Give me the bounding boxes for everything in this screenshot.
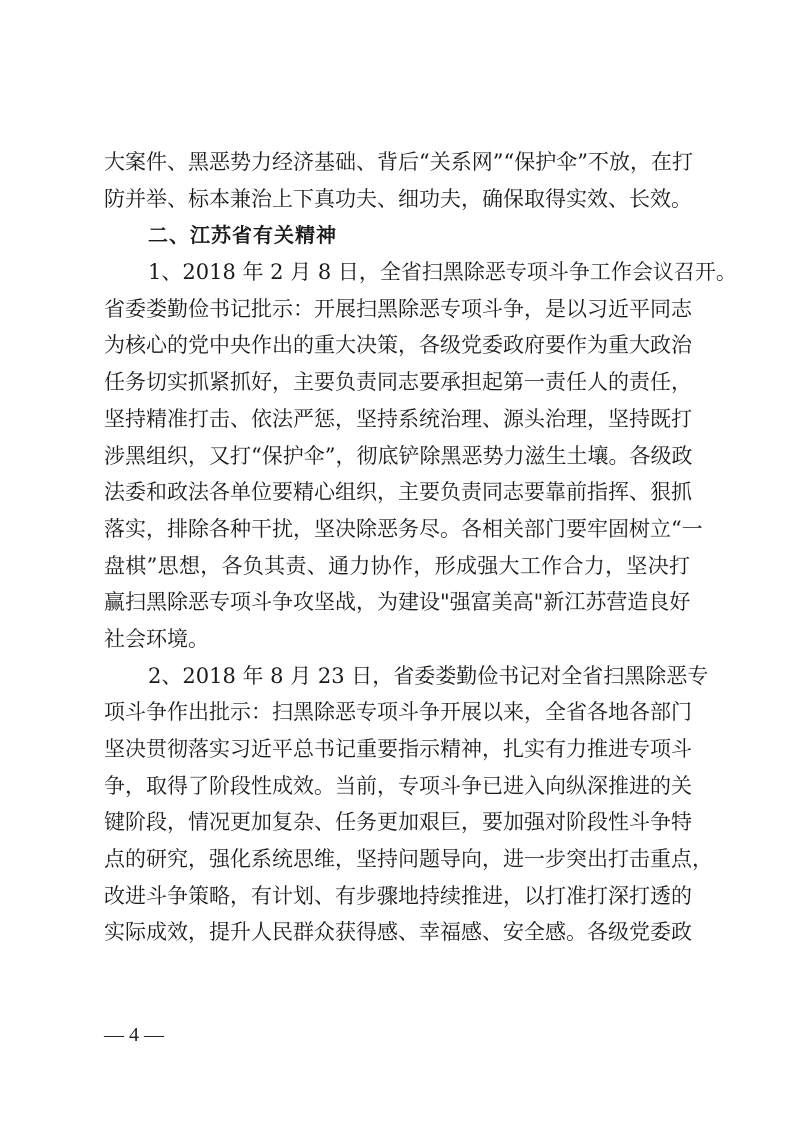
paragraph-line: 键阶段，情况更加复杂、任务更加艰巨，要加强对阶段性斗争特 [104, 804, 690, 841]
paragraph-line: 法委和政法各单位要精心组织，主要负责同志要靠前指挥、狠抓 [104, 474, 690, 511]
paragraph-line: 任务切实抓紧抓好，主要负责同志要承担起第一责任人的责任， [104, 364, 690, 401]
paragraph-line: 2、2018 年 8 月 23 日，省委娄勤俭书记对全省扫黑除恶专 [104, 658, 690, 695]
paragraph-line: 实际成效，提升人民群众获得感、幸福感、安全感。各级党委政 [104, 914, 690, 951]
paragraph-line: 落实，排除各种干扰，坚决除恶务尽。各相关部门要牢固树立“一 [104, 511, 690, 548]
paragraph-line: 点的研究，强化系统思维，坚持问题导向，进一步突出打击重点， [104, 841, 690, 878]
paragraph-line: 1、2018 年 2 月 8 日，全省扫黑除恶专项斗争工作会议召开。 [104, 254, 690, 291]
paragraph-line: 为核心的党中央作出的重大决策，各级党委政府要作为重大政治 [104, 327, 690, 364]
section-heading: 二、江苏省有关精神 [104, 217, 690, 254]
paragraph-line: 坚决贯彻落实习近平总书记重要指示精神，扎实有力推进专项斗 [104, 731, 690, 768]
paragraph-line: 争，取得了阶段性成效。当前，专项斗争已进入向纵深推进的关 [104, 768, 690, 805]
paragraph-line: 大案件、黑恶势力经济基础、背后“关系网”“保护伞”不放，在打 [104, 144, 690, 181]
paragraph-line: 涉黑组织，又打“保护伞”，彻底铲除黑恶势力滋生土壤。各级政 [104, 438, 690, 475]
page-number: — 4 — [104, 1020, 164, 1050]
document-body: 大案件、黑恶势力经济基础、背后“关系网”“保护伞”不放，在打 防并举、标本兼治上… [104, 144, 690, 951]
document-page: 大案件、黑恶势力经济基础、背后“关系网”“保护伞”不放，在打 防并举、标本兼治上… [0, 0, 793, 1122]
paragraph-line: 省委娄勤俭书记批示：开展扫黑除恶专项斗争，是以习近平同志 [104, 291, 690, 328]
paragraph-line: 坚持精准打击、依法严惩，坚持系统治理、源头治理，坚持既打 [104, 401, 690, 438]
paragraph-line: 赢扫黑除恶专项斗争攻坚战，为建设"强富美高"新江苏营造良好 [104, 584, 690, 621]
paragraph-line: 项斗争作出批示：扫黑除恶专项斗争开展以来，全省各地各部门 [104, 694, 690, 731]
paragraph-line: 盘棋”思想，各负其责、通力协作，形成强大工作合力，坚决打 [104, 548, 690, 585]
paragraph-line: 社会环境。 [104, 621, 690, 658]
paragraph-line: 改进斗争策略，有计划、有步骤地持续推进，以打准打深打透的 [104, 878, 690, 915]
paragraph-line: 防并举、标本兼治上下真功夫、细功夫，确保取得实效、长效。 [104, 181, 690, 218]
